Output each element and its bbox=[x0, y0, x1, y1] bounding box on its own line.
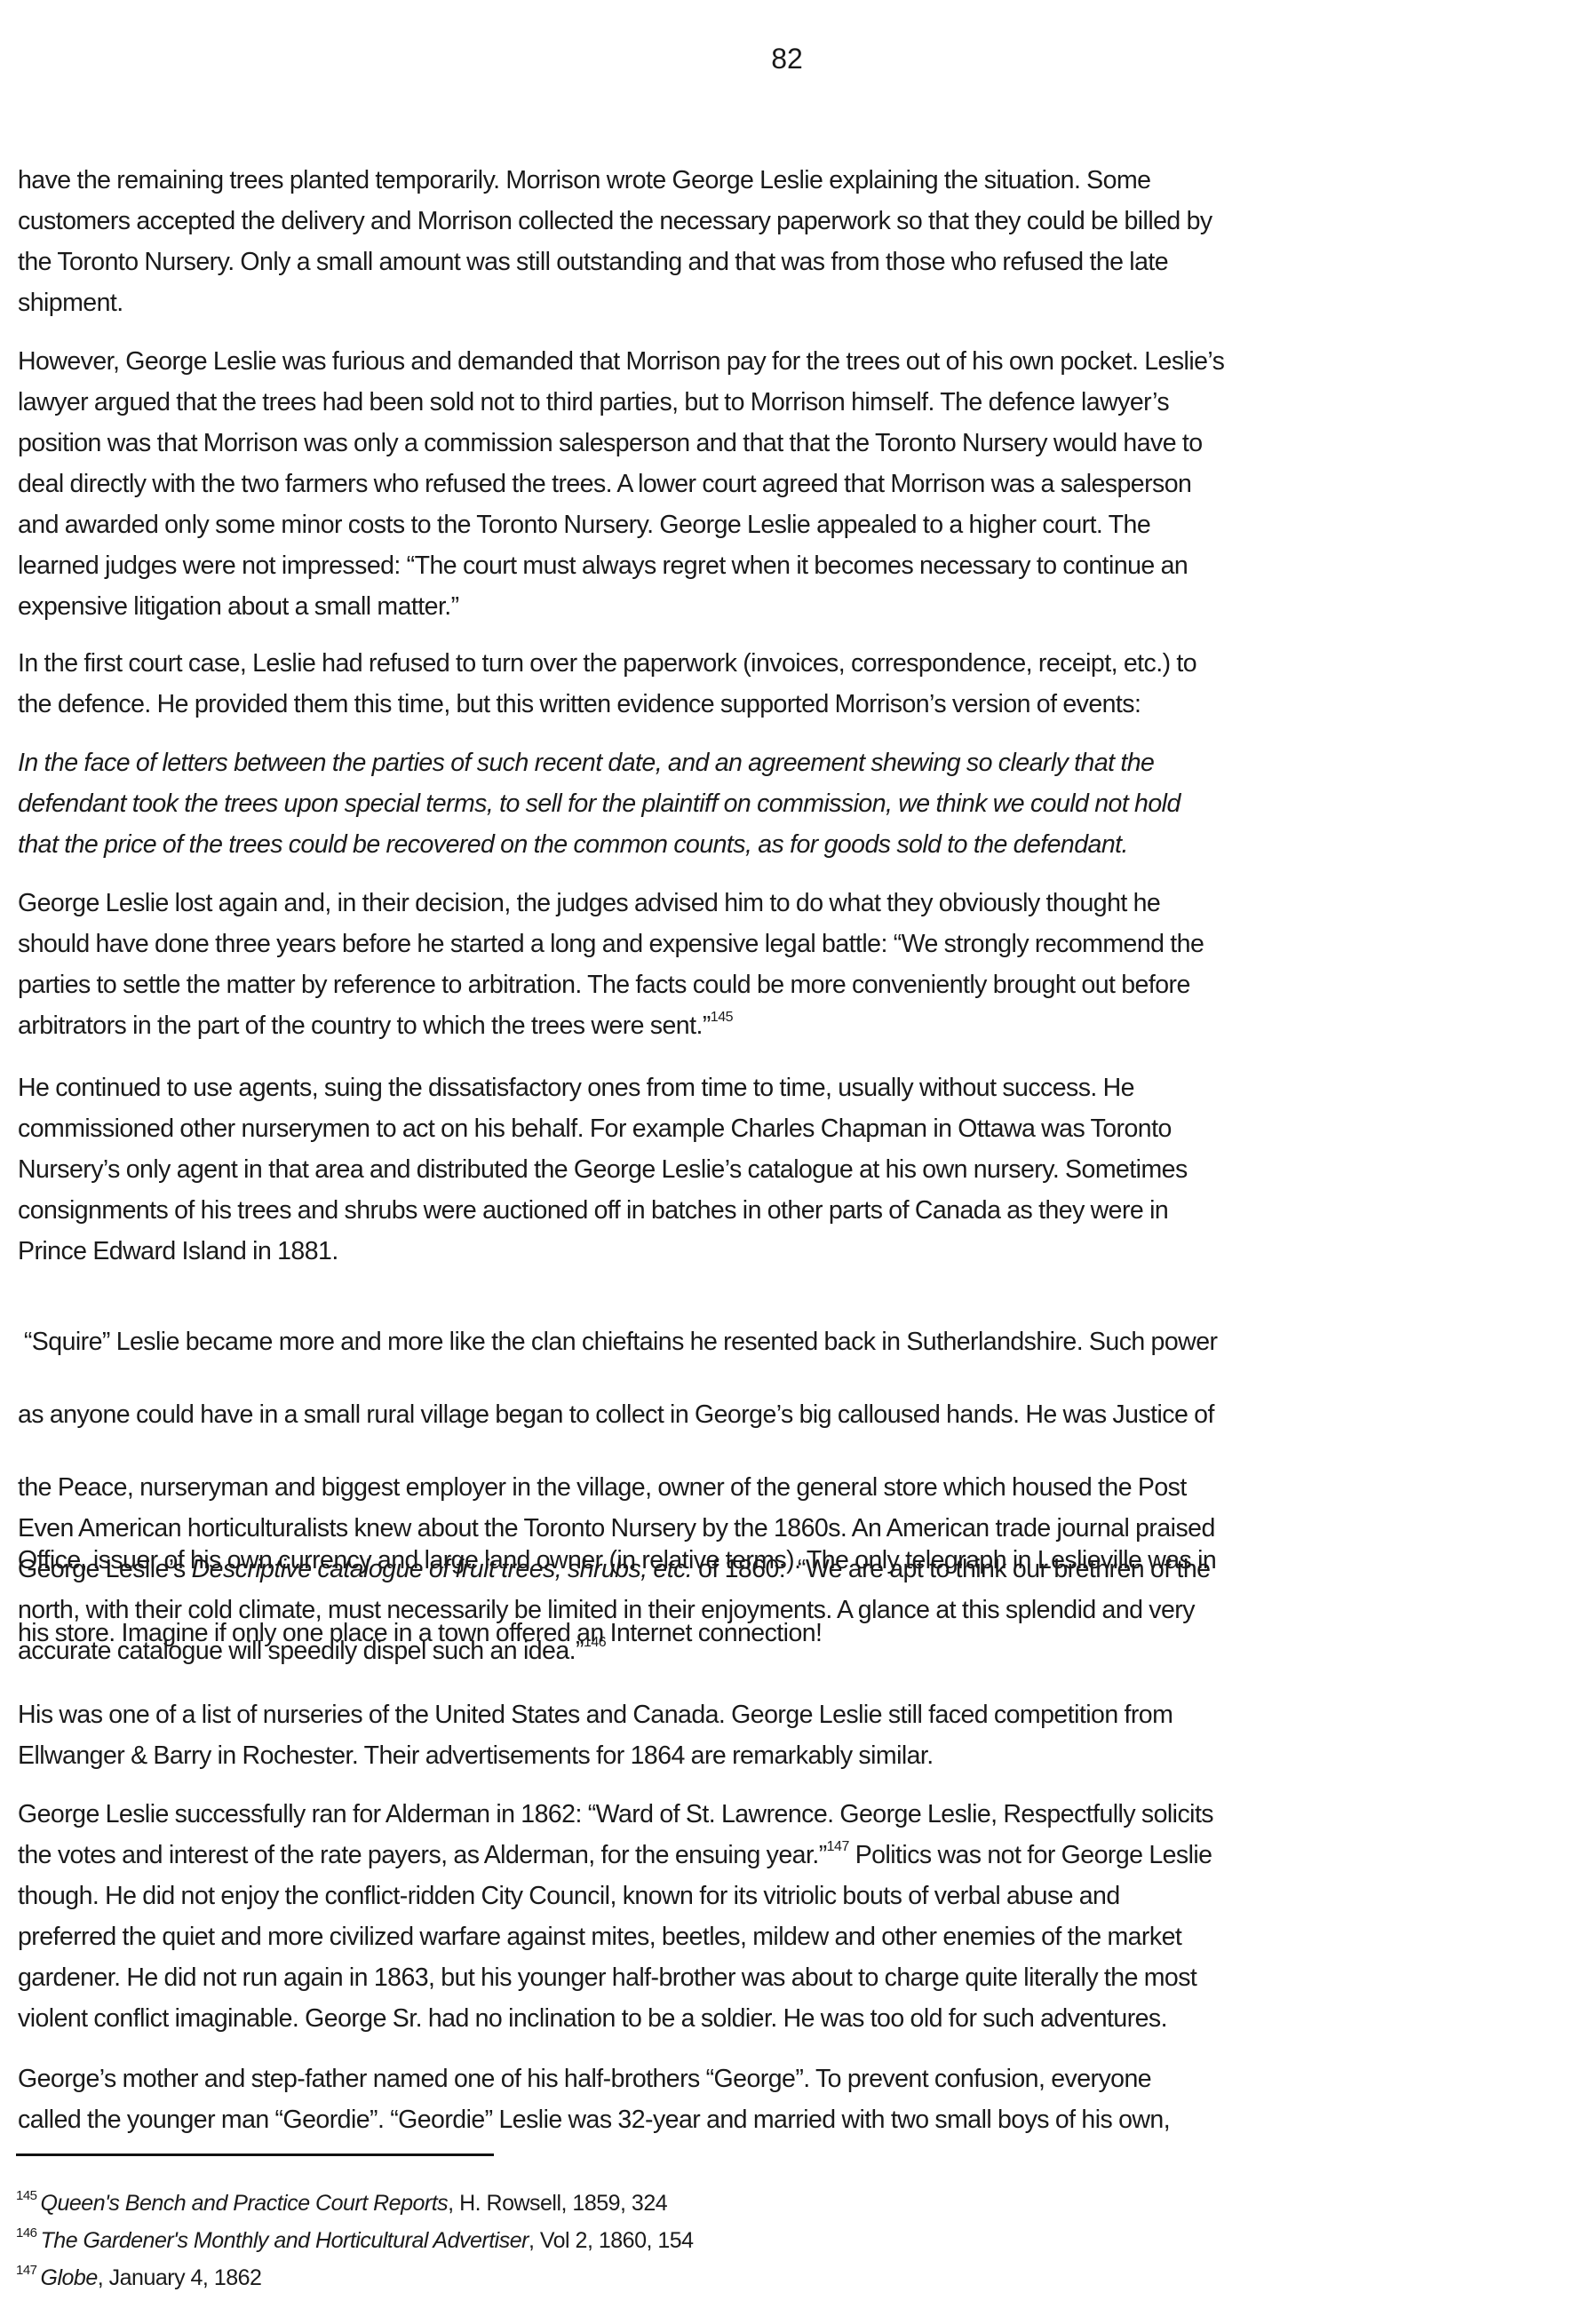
text-line: learned judges were not impressed: “The … bbox=[18, 545, 1568, 586]
text-line: However, George Leslie was furious and d… bbox=[18, 341, 1568, 382]
text-line: shipment. bbox=[18, 282, 1568, 323]
paragraph-11: George’s mother and step-father named on… bbox=[18, 2058, 1568, 2140]
footnote-146: 146The Gardener's Monthly and Horticultu… bbox=[16, 2222, 694, 2259]
text-line: have the remaining trees planted tempora… bbox=[18, 160, 1568, 201]
text-line: customers accepted the delivery and Morr… bbox=[18, 201, 1568, 242]
text-line: called the younger man “Geordie”. “Geord… bbox=[18, 2099, 1568, 2140]
text-fragment: arbitrators in the part of the country t… bbox=[18, 1011, 711, 1040]
text-fragment: Politics was not for George Leslie bbox=[849, 1841, 1212, 1869]
text-line: Even American horticulturalists knew abo… bbox=[18, 1508, 1568, 1549]
paragraph-3: In the first court case, Leslie had refu… bbox=[18, 643, 1568, 725]
quote-line: In the face of letters between the parti… bbox=[18, 742, 1568, 783]
text-line: Nursery’s only agent in that area and di… bbox=[18, 1149, 1568, 1190]
footnote-detail: , January 4, 1862 bbox=[98, 2265, 262, 2290]
paragraph-9: His was one of a list of nurseries of th… bbox=[18, 1694, 1568, 1776]
text-line: commissioned other nurserymen to act on … bbox=[18, 1108, 1568, 1149]
text-line: the votes and interest of the rate payer… bbox=[18, 1835, 1568, 1876]
text-line: though. He did not enjoy the conflict-ri… bbox=[18, 1876, 1568, 1916]
text-line: Prince Edward Island in 1881. bbox=[18, 1231, 1568, 1272]
paragraph-6: He continued to use agents, suing the di… bbox=[18, 1067, 1568, 1272]
page-number: 82 bbox=[0, 41, 1574, 76]
text-line: deal directly with the two farmers who r… bbox=[18, 464, 1568, 504]
paragraph-10: George Leslie successfully ran for Alder… bbox=[18, 1794, 1568, 2039]
text-line: lawyer argued that the trees had been so… bbox=[18, 382, 1568, 423]
text-line: the Toronto Nursery. Only a small amount… bbox=[18, 242, 1568, 282]
footnote-number: 147 bbox=[16, 2263, 37, 2278]
text-line: and awarded only some minor costs to the… bbox=[18, 504, 1568, 545]
text-fragment: of 1860: “We are apt to think our brethr… bbox=[692, 1555, 1210, 1583]
block-quote: In the face of letters between the parti… bbox=[18, 742, 1568, 865]
text-line: as anyone could have in a small rural vi… bbox=[18, 1394, 1568, 1435]
footnote-147: 147Globe, January 4, 1862 bbox=[16, 2259, 694, 2296]
footnote-ref-146[interactable]: 146 bbox=[584, 1635, 606, 1650]
paragraph-2: However, George Leslie was furious and d… bbox=[18, 341, 1568, 627]
footnote-ref-147[interactable]: 147 bbox=[827, 1839, 849, 1854]
footnote-number: 146 bbox=[16, 2225, 37, 2241]
text-line: violent conflict imaginable. George Sr. … bbox=[18, 1998, 1568, 2039]
text-line: George Leslie successfully ran for Alder… bbox=[18, 1794, 1568, 1835]
quote-line: defendant took the trees upon special te… bbox=[18, 783, 1568, 824]
footnote-source-title: The Gardener's Monthly and Horticultural… bbox=[41, 2228, 529, 2253]
quote-line: that the price of the trees could be rec… bbox=[18, 824, 1568, 865]
text-line: “Squire” Leslie became more and more lik… bbox=[18, 1321, 1568, 1362]
text-line: In the first court case, Leslie had refu… bbox=[18, 643, 1568, 684]
footnotes: 145Queen's Bench and Practice Court Repo… bbox=[16, 2185, 694, 2296]
text-line: consignments of his trees and shrubs wer… bbox=[18, 1190, 1568, 1231]
text-line: the defence. He provided them this time,… bbox=[18, 684, 1568, 725]
text-line: north, with their cold climate, must nec… bbox=[18, 1590, 1568, 1630]
text-line: the Peace, nurseryman and biggest employ… bbox=[18, 1467, 1568, 1508]
text-line: arbitrators in the part of the country t… bbox=[18, 1005, 1568, 1046]
paragraph-8: Even American horticulturalists knew abo… bbox=[18, 1508, 1568, 1671]
footnote-source-title: Globe bbox=[41, 2265, 98, 2290]
text-line: George’s mother and step-father named on… bbox=[18, 2058, 1568, 2099]
text-fragment: the votes and interest of the rate payer… bbox=[18, 1841, 827, 1869]
footnote-145: 145Queen's Bench and Practice Court Repo… bbox=[16, 2185, 694, 2222]
text-line: He continued to use agents, suing the di… bbox=[18, 1067, 1568, 1108]
text-line: George Leslie’s Descriptive catalogue of… bbox=[18, 1549, 1568, 1590]
text-line: preferred the quiet and more civilized w… bbox=[18, 1916, 1568, 1957]
text-line: position was that Morrison was only a co… bbox=[18, 423, 1568, 464]
footnote-detail: , Vol 2, 1860, 154 bbox=[529, 2228, 694, 2253]
text-line: gardener. He did not run again in 1863, … bbox=[18, 1957, 1568, 1998]
text-fragment: George Leslie’s bbox=[18, 1555, 192, 1583]
paragraph-5: George Leslie lost again and, in their d… bbox=[18, 883, 1568, 1046]
footnote-separator bbox=[16, 2153, 494, 2156]
text-line: George Leslie lost again and, in their d… bbox=[18, 883, 1568, 924]
paragraph-1: have the remaining trees planted tempora… bbox=[18, 160, 1568, 323]
text-line: His was one of a list of nurseries of th… bbox=[18, 1694, 1568, 1735]
text-fragment: accurate catalogue will speedily dispel … bbox=[18, 1637, 584, 1665]
text-line: expensive litigation about a small matte… bbox=[18, 586, 1568, 627]
catalogue-title: Descriptive catalogue of fruit trees, sh… bbox=[192, 1555, 693, 1583]
footnote-source-title: Queen's Bench and Practice Court Reports bbox=[41, 2191, 449, 2216]
text-line: should have done three years before he s… bbox=[18, 924, 1568, 964]
footnote-number: 145 bbox=[16, 2188, 37, 2203]
footnote-ref-145[interactable]: 145 bbox=[711, 1010, 733, 1025]
footnote-detail: , H. Rowsell, 1859, 324 bbox=[448, 2191, 667, 2216]
text-line: accurate catalogue will speedily dispel … bbox=[18, 1630, 1568, 1671]
text-line: parties to settle the matter by referenc… bbox=[18, 964, 1568, 1005]
text-line: Ellwanger & Barry in Rochester. Their ad… bbox=[18, 1735, 1568, 1776]
